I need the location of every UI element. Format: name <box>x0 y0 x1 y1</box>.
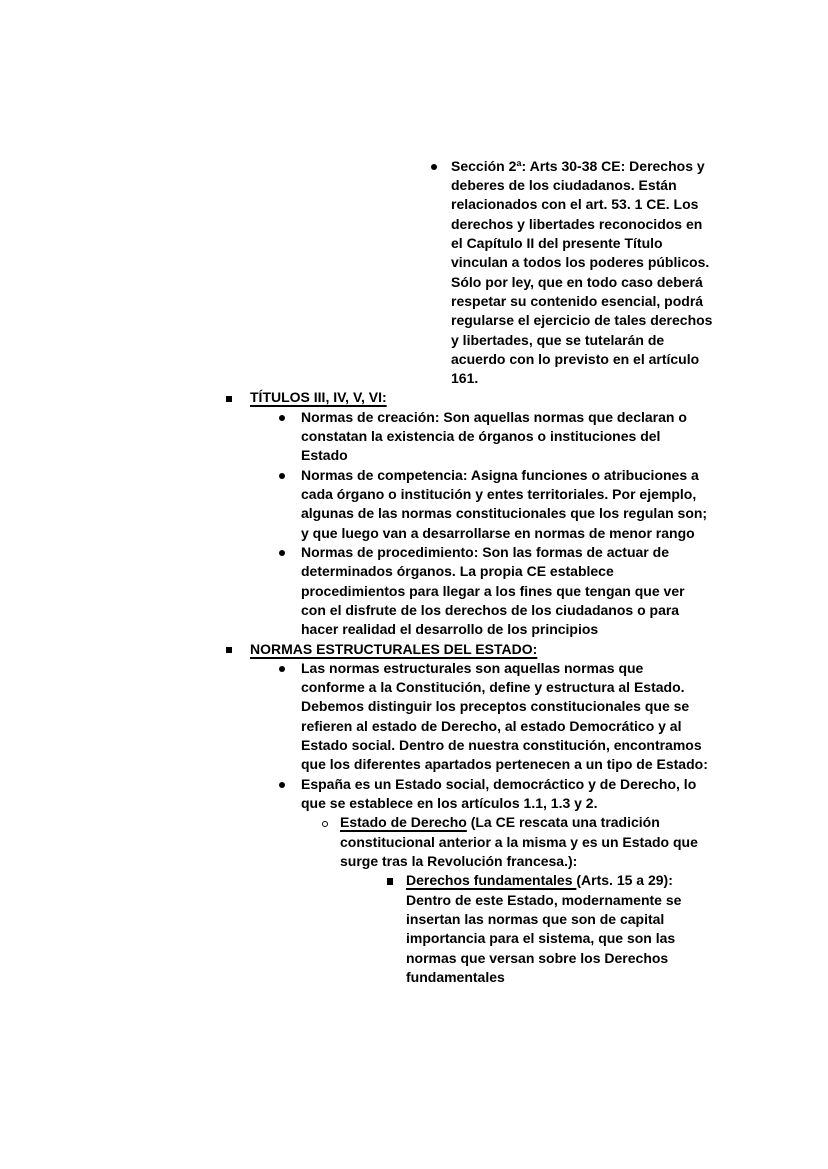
list-item-text: Normas de procedimiento: Son las formas … <box>301 544 685 637</box>
bullet-disc-icon <box>279 782 285 788</box>
bullet-disc-icon <box>279 550 285 556</box>
list-item-text: Sección 2ª: Arts 30-38 CE: Derechos y de… <box>451 158 712 386</box>
text-segment: Normas de procedimiento: Son las formas … <box>301 544 685 637</box>
bullet-square-icon <box>226 396 232 402</box>
text-segment: Normas de competencia: Asigna funciones … <box>301 467 707 541</box>
document-list: Sección 2ª: Arts 30-38 CE: Derechos y de… <box>0 157 828 987</box>
list-item: Normas de creación: Son aquellas normas … <box>301 408 828 466</box>
text-segment: España es un Estado social, democráctico… <box>301 776 696 811</box>
list-item-text: Las normas estructurales son aquellas no… <box>301 660 708 773</box>
list-item-text: Derechos fundamentales (Arts. 15 a 29): … <box>406 872 681 985</box>
list-item: NORMAS ESTRUCTURALES DEL ESTADO: <box>250 640 828 659</box>
underlined-text: Estado de Derecho <box>340 814 467 830</box>
list-item: Normas de competencia: Asigna funciones … <box>301 466 828 543</box>
list-item-text: Normas de competencia: Asigna funciones … <box>301 467 707 541</box>
list-item: Sección 2ª: Arts 30-38 CE: Derechos y de… <box>451 157 828 389</box>
list-item: Derechos fundamentales (Arts. 15 a 29): … <box>406 871 828 987</box>
bullet-square-icon <box>387 878 393 884</box>
text-segment: (Arts. 15 a 29): Dentro de este Estado, … <box>406 872 681 985</box>
underlined-text: NORMAS ESTRUCTURALES DEL ESTADO: <box>250 641 537 657</box>
document-page: Sección 2ª: Arts 30-38 CE: Derechos y de… <box>0 0 828 1169</box>
list-item-text: España es un Estado social, democráctico… <box>301 776 696 811</box>
list-item: España es un Estado social, democráctico… <box>301 775 828 814</box>
list-item: Estado de Derecho (La CE rescata una tra… <box>340 813 828 871</box>
list-item: Normas de procedimiento: Son las formas … <box>301 543 828 640</box>
underlined-text: TÍTULOS III, IV, V, VI: <box>250 389 387 405</box>
text-segment: Normas de creación: Son aquellas normas … <box>301 409 687 464</box>
bullet-disc-icon <box>279 473 285 479</box>
underlined-text: Derechos fundamentales <box>406 872 576 888</box>
list-item: Las normas estructurales son aquellas no… <box>301 659 828 775</box>
list-item-text: Normas de creación: Son aquellas normas … <box>301 409 687 464</box>
bullet-disc-icon <box>279 666 285 672</box>
bullet-disc-icon <box>431 164 437 170</box>
text-segment: Las normas estructurales son aquellas no… <box>301 660 708 773</box>
text-segment: Sección 2ª: Arts 30-38 CE: Derechos y de… <box>451 158 712 386</box>
list-item-text: TÍTULOS III, IV, V, VI: <box>250 389 387 405</box>
bullet-square-icon <box>226 647 232 653</box>
bullet-circle-icon <box>322 821 329 828</box>
bullet-disc-icon <box>279 415 285 421</box>
list-item-text: Estado de Derecho (La CE rescata una tra… <box>340 814 698 869</box>
list-item: TÍTULOS III, IV, V, VI: <box>250 388 828 407</box>
list-item-text: NORMAS ESTRUCTURALES DEL ESTADO: <box>250 641 537 657</box>
